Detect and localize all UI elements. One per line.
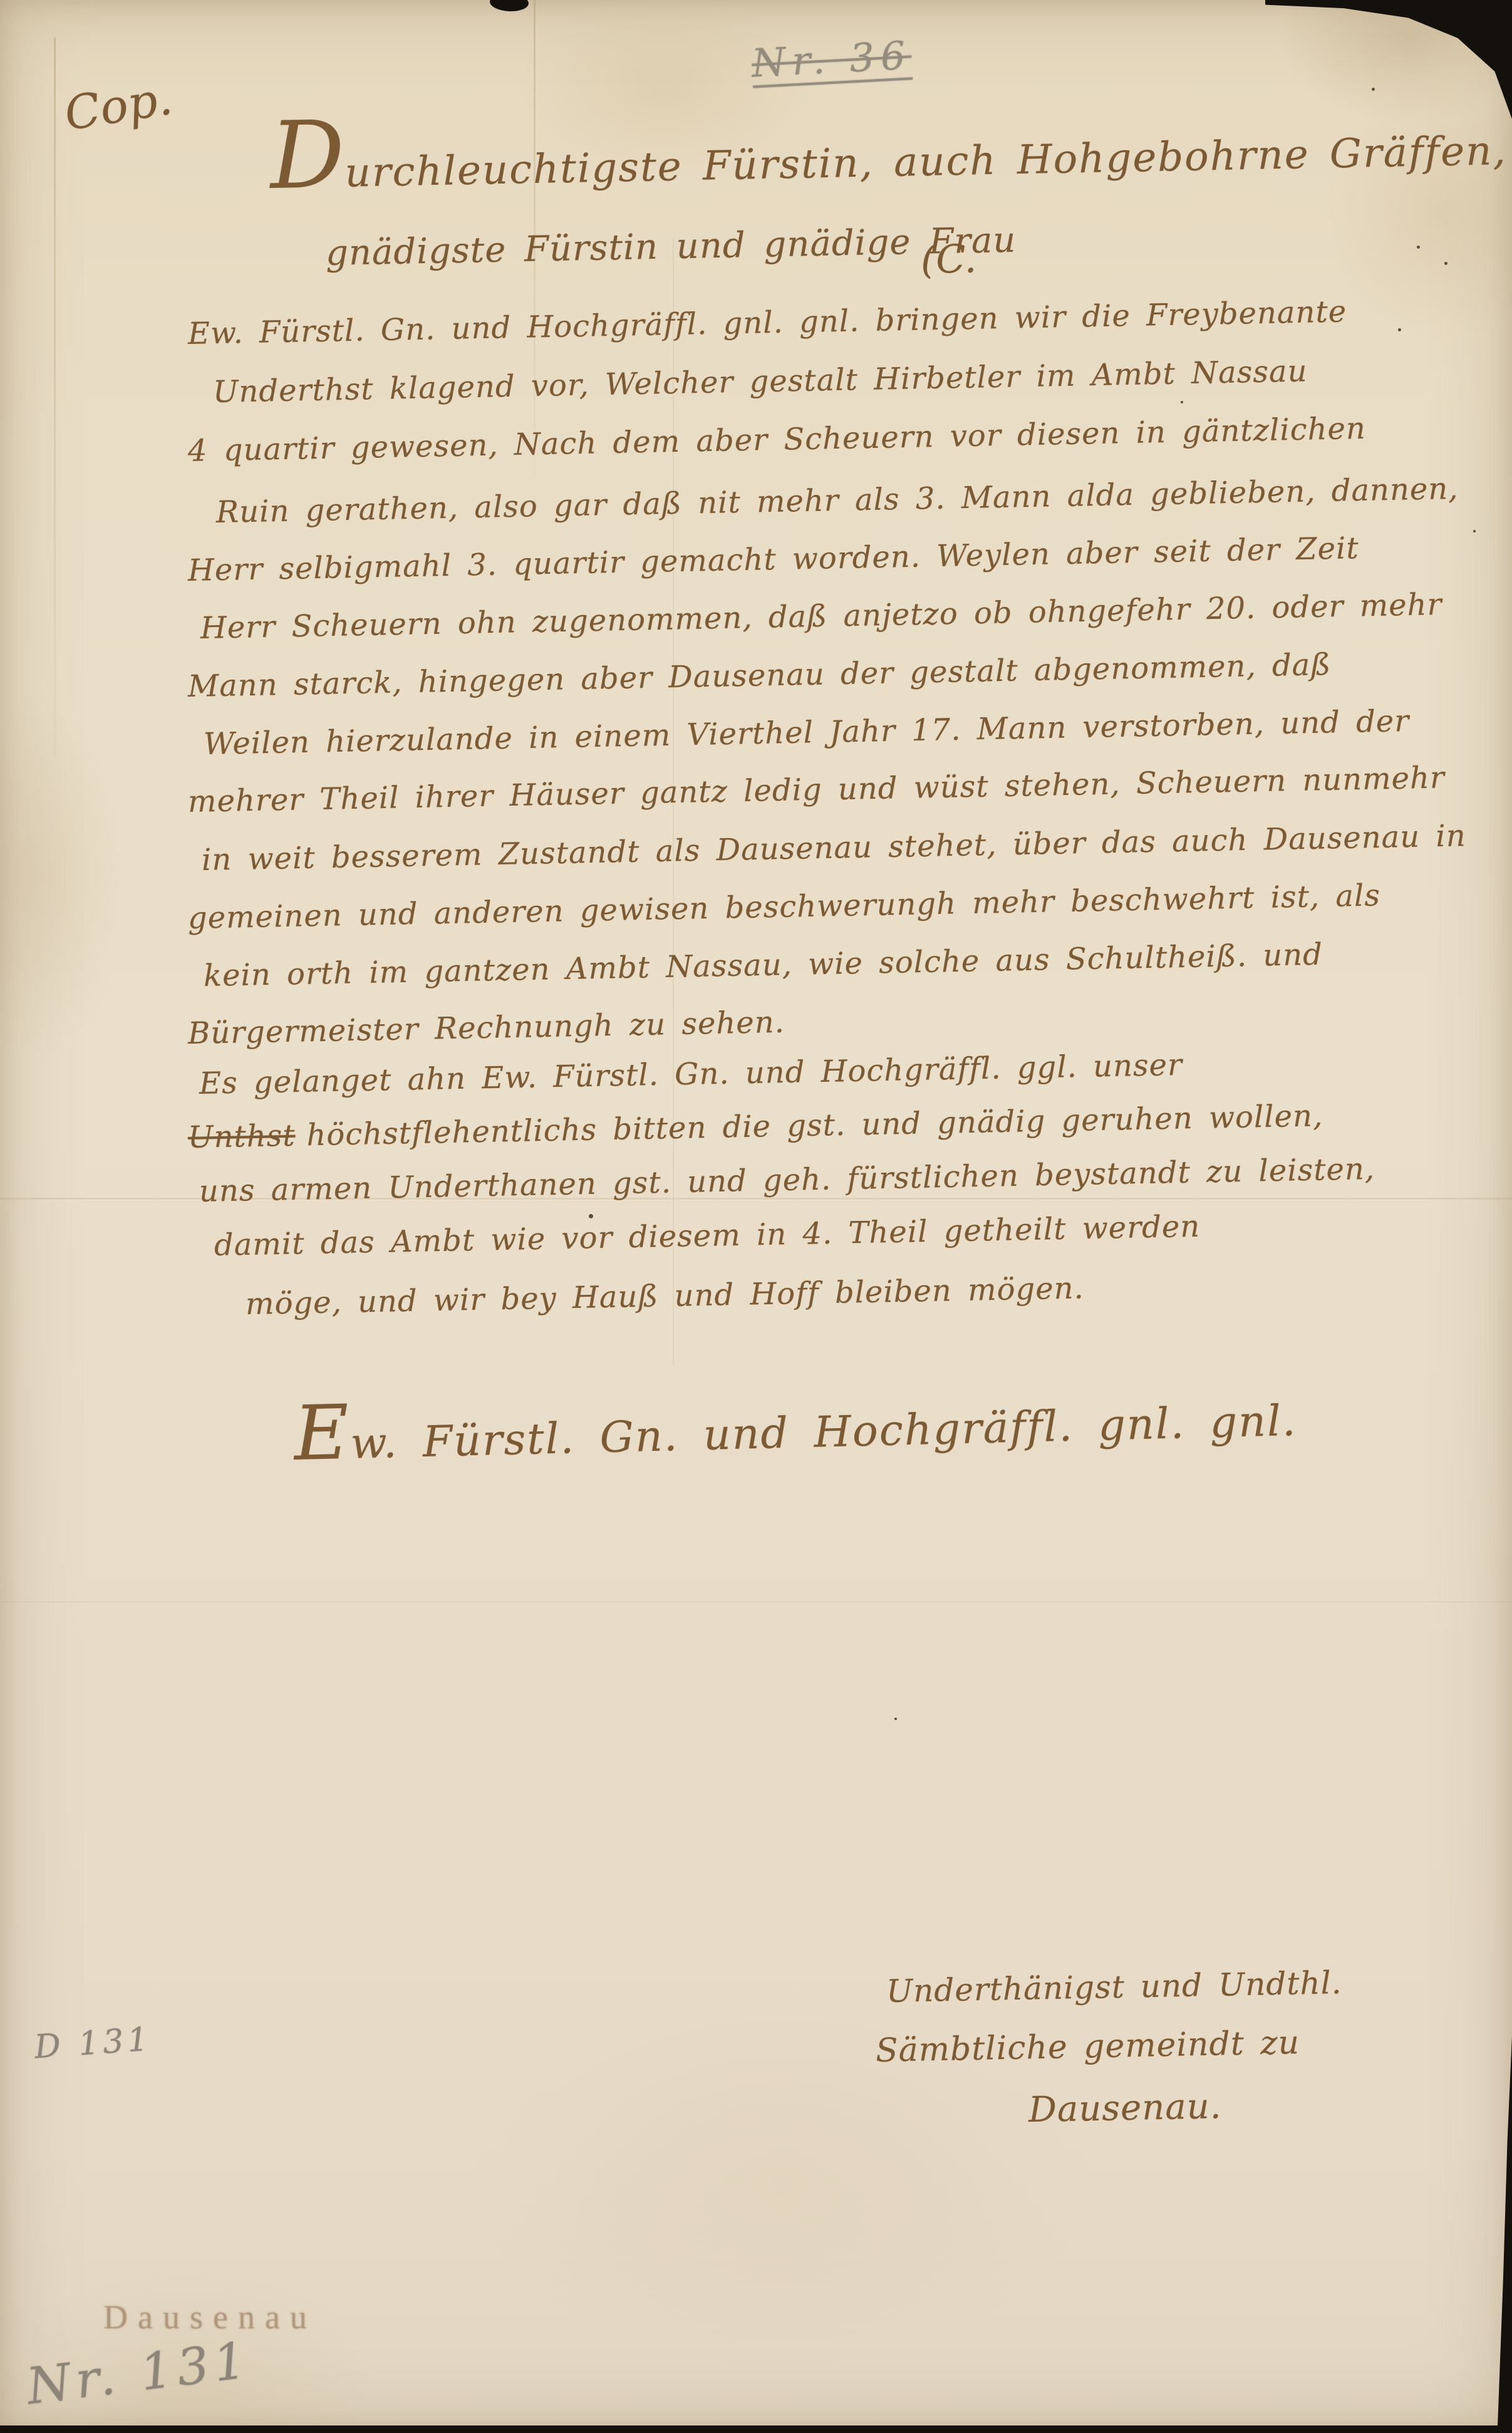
dausenau-stamp: Dausenau [103,2298,317,2337]
salutation-line-1: Durchleuchtigste Fürstin, auch Hohgebohr… [270,128,1507,198]
salutation-etc-mark: (C. [920,236,977,283]
pencil-number-top: Nr. 36 [750,32,913,86]
salutation-line-2: gnädigste Fürstin und gnädige Frau [325,220,1017,274]
pencil-shelfmark: D 131 [33,2021,153,2067]
vertical-crease-left [54,38,56,758]
body-line-13: Bürgermeister Rechnungh zu sehen. [187,1005,785,1051]
body-line-2: Underthst klagend vor, Welcher gestalt H… [212,353,1308,410]
copy-mark: Cop. [61,71,175,142]
struck-word: Unthst [187,1118,296,1155]
body-line-3: 4 quartir gewesen, Nach dem aber Scheuer… [187,411,1366,469]
horizontal-crease-2 [0,1601,1512,1602]
body-line-16: uns armen Underthanen gst. und geh. fürs… [199,1151,1375,1209]
body-line-6: Herr Scheuern ohn zugenommen, daß anjetz… [200,587,1442,646]
body-line-5: Herr selbigmahl 3. quartir gemacht worde… [187,531,1359,588]
body-line-7: Mann starck, hingegen aber Dausenau der … [187,647,1331,704]
speck [1417,246,1420,249]
speck [1181,401,1183,403]
top-edge-notch [489,0,529,13]
valediction-line: Ew. Fürstl. Gn. und Hochgräffl. gnl. gnl… [294,1396,1297,1470]
body-line-18: möge, und wir bey Hauß und Hoff bleiben … [245,1270,1084,1322]
manuscript-page: Nr. 36 Cop. Durchleuchtigste Fürstin, au… [0,0,1512,2433]
torn-corner-top-right [1265,0,1512,119]
speck [1473,530,1476,532]
right-edge-wedge [1496,2036,1512,2433]
signature-line-3: Dausenau. [1028,2086,1222,2130]
body-line-15: Unthsthöchstflehentlichs bitten die gst.… [187,1098,1323,1155]
signature-line-1: Underthänigst und Undthl. [886,1964,1342,2010]
body-line-15-text: höchstflehentlichs bitten die gst. und g… [306,1098,1323,1153]
body-line-1: Ew. Fürstl. Gn. und Hochgräffl. gnl. gnl… [187,294,1347,351]
body-line-11: gemeinen und anderen gewisen beschwerung… [187,878,1380,936]
body-line-10: in weit besserem Zustandt als Dausenau s… [201,818,1466,878]
body-line-8: Weilen hierzulande in einem Vierthel Jah… [203,703,1409,762]
pencil-number-bottom: Nr. 131 [24,2330,254,2415]
body-line-14: Es gelanget ahn Ew. Fürstl. Gn. und Hoch… [199,1047,1183,1101]
speck [589,1214,593,1218]
speck [1372,88,1375,91]
speck [1398,328,1401,331]
speck [1444,262,1447,265]
speck [894,1718,897,1720]
body-line-9: mehrer Theil ihrer Häuser gantz ledig un… [187,760,1445,819]
body-line-4: Ruin gerathen, also gar daß nit mehr als… [215,471,1458,530]
body-line-17: damit das Ambt wie vor diesem in 4. Thei… [214,1209,1200,1263]
body-line-12: kein orth im gantzen Ambt Nassau, wie so… [203,937,1323,993]
signature-line-2: Sämbtliche gemeindt zu [875,2024,1300,2070]
bottom-edge-strip [0,2425,1512,2433]
